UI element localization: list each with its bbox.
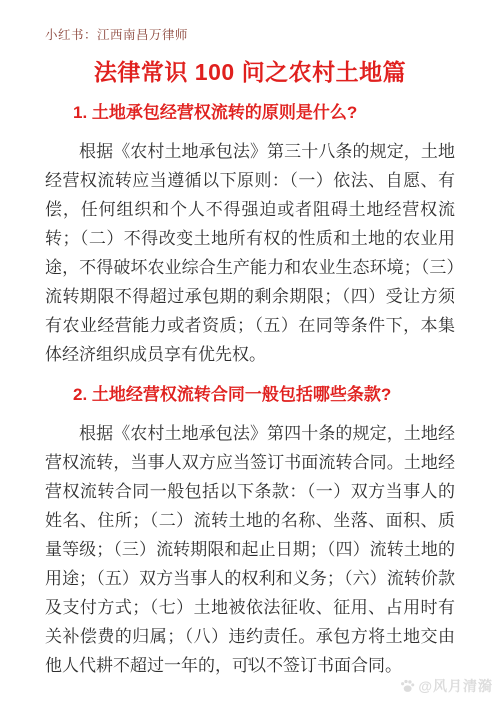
page-number: 1 (0, 657, 500, 667)
document-page: 小红书：江西南昌万律师 法律常识 100 问之农村土地篇 1. 土地承包经营权流… (0, 0, 500, 707)
question-heading-2: 2. 土地经营权流转合同一般包括哪些条款? (73, 383, 455, 407)
page-title: 法律常识 100 问之农村土地篇 (45, 57, 455, 87)
watermark-handle: @风月清漪 (418, 676, 493, 696)
question-heading-1: 1. 土地承包经营权流转的原则是什么? (73, 101, 455, 125)
paw-icon (400, 679, 415, 693)
answer-paragraph-1: 根据《农村土地承包法》第三十八条的规定，土地经营权流转应当遵循以下原则：（一）依… (45, 137, 455, 369)
answer-paragraph-2: 根据《农村土地承包法》第四十条的规定，土地经营权流转，当事人双方应当签订书面流转… (45, 419, 455, 680)
watermark: @风月清漪 (400, 676, 493, 696)
page-content: 小红书：江西南昌万律师 法律常识 100 问之农村土地篇 1. 土地承包经营权流… (0, 0, 500, 680)
account-note: 小红书：江西南昌万律师 (45, 28, 455, 43)
